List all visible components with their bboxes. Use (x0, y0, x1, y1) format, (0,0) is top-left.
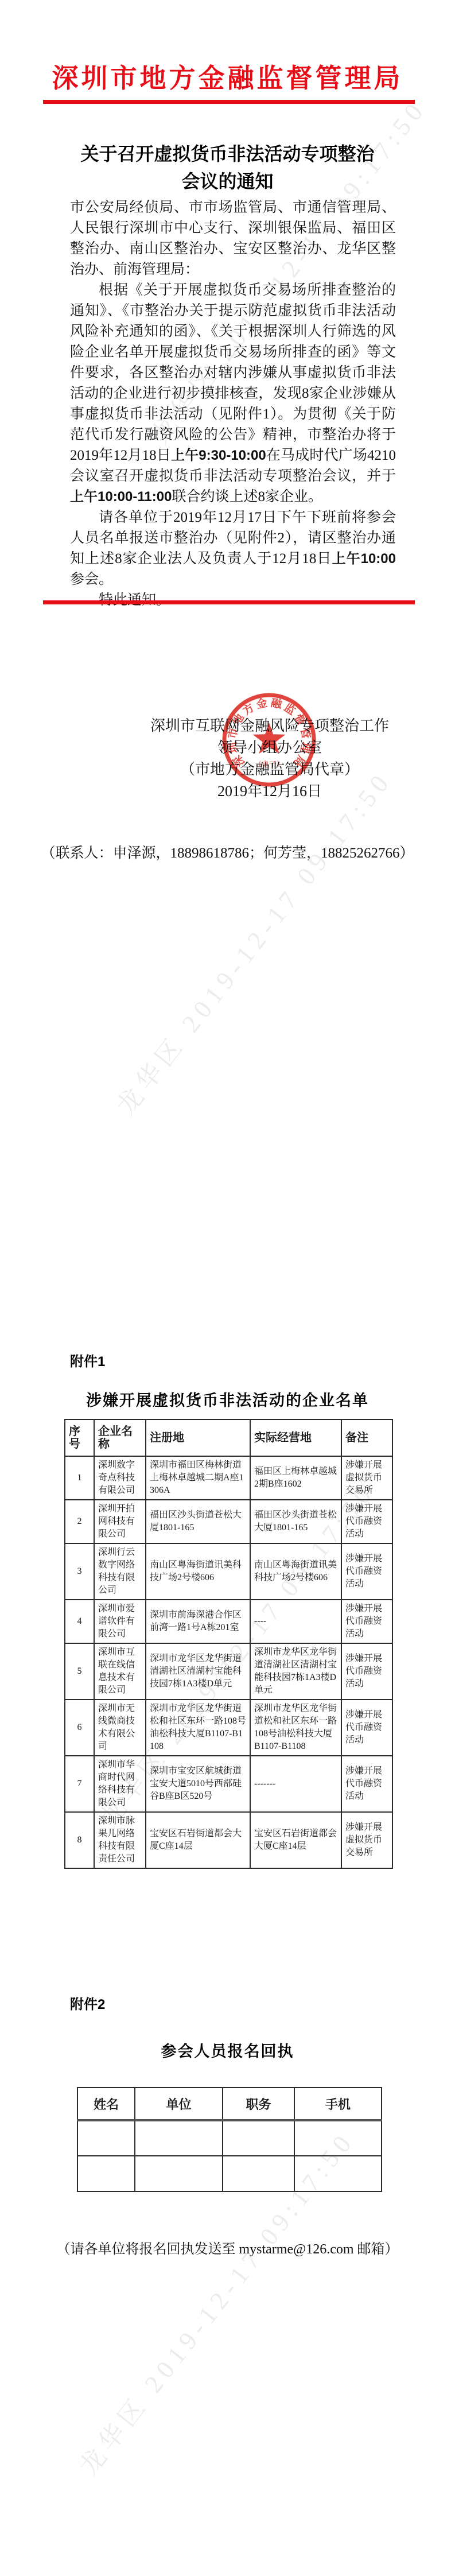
cell-index: 1 (65, 1456, 94, 1500)
empty-cell (77, 2156, 135, 2191)
table-row: 6 深圳市无线微商技术有限公司 深圳市龙华区龙华街道松和社区东环一路108号油松… (65, 1700, 392, 1756)
svg-text:金: 金 (255, 696, 269, 711)
cell-remark: 涉嫌开展代币融资活动 (341, 1500, 392, 1543)
cell-remark: 涉嫌开展虚拟货币交易所 (341, 1456, 392, 1500)
attachment2-label: 附件2 (70, 1993, 105, 2013)
cell-company: 深圳市爱谱软件有限公司 (94, 1600, 146, 1643)
document-title-line1: 关于召开虚拟货币非法活动专项整治 (0, 140, 455, 168)
cell-actual-address: 福田区沙头街道苍松大厦1801-165 (250, 1500, 341, 1543)
cell-index: 6 (65, 1700, 94, 1756)
col-header-remark: 备注 (341, 1419, 392, 1456)
recipients-line: 市公安局经侦局、市市场监管局、市通信管理局、人民银行深圳市中心支行、深圳银保监局… (70, 197, 396, 280)
cell-index: 4 (65, 1600, 94, 1643)
email-submission-note: （请各单位将报名回执发送至 mystarme@126.com 邮箱） (0, 2237, 455, 2257)
cell-actual-address: 南山区粤海街道讯美科技广场2号楼606 (250, 1543, 341, 1600)
col-header-index: 序号 (65, 1419, 94, 1456)
cell-registered-address: 深圳市福田区梅林街道上梅林卓越城二期A座1306A (146, 1456, 250, 1500)
signature-date: 2019年12月16日 (138, 781, 402, 802)
page-break-red-line (43, 600, 415, 604)
org-letterhead-title: 深圳市地方金融监督管理局 (0, 57, 455, 95)
cell-actual-address: 深圳市龙华区龙华街道松和社区东环一路108号油松科技大厦B1107-B1108 (250, 1700, 341, 1756)
cell-registered-address: 南山区粤海街道讯美科技广场2号楼606 (146, 1543, 250, 1600)
cell-actual-address: ------- (250, 1756, 341, 1812)
cell-remark: 涉嫌开展代币融资活动 (341, 1543, 392, 1600)
table-row: 5 深圳市互联在线信息技术有限公司 深圳市龙华区龙华街道清湖社区清湖村宝能科技园… (65, 1643, 392, 1700)
attachment2-table-title: 参会人员报名回执 (0, 2039, 455, 2061)
registration-reply-table: 姓名 单位 职务 手机 (77, 2087, 382, 2192)
empty-cell (135, 2120, 223, 2156)
table-row: 2 深圳开拍网科技有限公司 福田区沙头街道苍松大厦1801-165 福田区沙头街… (65, 1500, 392, 1543)
paragraph-1-text: 联合约谈上述8家企业。 (172, 489, 322, 505)
interview-time-bold: 上午10:00-11:00 (70, 489, 172, 505)
attend-time-bold: 上午10:00 (332, 551, 396, 567)
table-header-row: 序号 企业名称 注册地 实际经营地 备注 (65, 1419, 392, 1456)
cell-registered-address: 深圳市前海深港合作区前湾一路1号A栋201室 (146, 1600, 250, 1643)
paragraph-2-text: 参会。 (70, 572, 113, 587)
attachment1-table-title: 涉嫌开展虚拟货币非法活动的企业名单 (0, 1388, 455, 1410)
cell-index: 8 (65, 1812, 94, 1868)
table-row: 4 深圳市爱谱软件有限公司 深圳市前海深港合作区前湾一路1号A栋201室 ---… (65, 1600, 392, 1643)
suspected-companies-table: 序号 企业名称 注册地 实际经营地 备注 1 深圳数字奇点科技有限公司 深圳市福… (64, 1419, 393, 1869)
contact-persons-line: （联系人：申泽源，18898618786；何芳莹，18825262766） (0, 841, 455, 862)
cell-company: 深圳数字奇点科技有限公司 (94, 1456, 146, 1500)
col-header-position: 职务 (223, 2088, 294, 2120)
signature-org-line1: 深圳市互联网金融风险专项整治工作 (138, 715, 402, 737)
empty-entry-row (77, 2120, 382, 2156)
signature-block: 深圳市互联网金融风险专项整治工作 领导小组办公室 （市地方金融监管局代章） 20… (138, 715, 402, 802)
col-header-unit: 单位 (135, 2088, 223, 2120)
empty-cell (294, 2120, 382, 2156)
cell-actual-address: 福田区上梅林卓越城2期B座1602 (250, 1456, 341, 1500)
empty-cell (135, 2156, 223, 2191)
cell-index: 3 (65, 1543, 94, 1600)
svg-text:融: 融 (270, 696, 283, 711)
cell-registered-address: 福田区沙头街道苍松大厦1801-165 (146, 1500, 250, 1543)
cell-registered-address: 深圳市宝安区航城街道宝安大道5010号西部硅谷B座B区520号 (146, 1756, 250, 1812)
cell-company: 深圳市互联在线信息技术有限公司 (94, 1643, 146, 1700)
table-row: 7 深圳市华商时代网络科技有限公司 深圳市宝安区航城街道宝安大道5010号西部硅… (65, 1756, 392, 1812)
cell-index: 7 (65, 1756, 94, 1812)
document-title: 关于召开虚拟货币非法活动专项整治 会议的通知 (0, 140, 455, 195)
meeting-time-bold: 上午9:30-10:00 (171, 448, 266, 463)
paragraph-2: 请各单位于2019年12月17日下午下班前将参会人员名单报送市整治办（见附件2）… (70, 507, 396, 590)
cell-company: 深圳市脉果儿网络科技有限责任公司 (94, 1812, 146, 1868)
col-header-mobile: 手机 (294, 2088, 382, 2120)
attachment1-label: 附件1 (70, 1350, 105, 1370)
paragraph-1: 根据《关于开展虚拟货币交易场所排查整治的通知》、《市整治办关于提示防范虚拟货币非… (70, 280, 396, 507)
document-body: 市公安局经侦局、市市场监管局、市通信管理局、人民银行深圳市中心支行、深圳银保监局… (70, 197, 396, 611)
empty-cell (223, 2120, 294, 2156)
empty-cell (77, 2120, 135, 2156)
cell-registered-address: 深圳市龙华区龙华街道松和社区东环一路108号油松科技大厦B1107-B1108 (146, 1700, 250, 1756)
signature-seal-note: （市地方金融监管局代章） (138, 759, 402, 781)
empty-cell (294, 2156, 382, 2191)
diagonal-watermark: 龙华区 2019-12-17 09:17:50 (106, 761, 399, 1121)
document-title-line2: 会议的通知 (0, 168, 455, 195)
cell-remark: 涉嫌开展代币融资活动 (341, 1643, 392, 1700)
col-header-actual-address: 实际经营地 (250, 1419, 341, 1456)
cell-index: 5 (65, 1643, 94, 1700)
cell-actual-address: 宝安区石岩街道都会大厦C座14层 (250, 1812, 341, 1868)
col-header-registered-address: 注册地 (146, 1419, 250, 1456)
cell-index: 2 (65, 1500, 94, 1543)
cell-remark: 涉嫌开展代币融资活动 (341, 1756, 392, 1812)
col-header-name: 姓名 (77, 2088, 135, 2120)
col-header-company: 企业名称 (94, 1419, 146, 1456)
table-row: 3 深圳行云数字网络科技有限公司 南山区粤海街道讯美科技广场2号楼606 南山区… (65, 1543, 392, 1600)
empty-cell (223, 2156, 294, 2191)
cell-registered-address: 深圳市龙华区龙华街道清湖社区清湖村宝能科技园7栋1A3楼D单元 (146, 1643, 250, 1700)
cell-remark: 涉嫌开展虚拟货币交易所 (341, 1812, 392, 1868)
cell-company: 深圳行云数字网络科技有限公司 (94, 1543, 146, 1600)
cell-remark: 涉嫌开展代币融资活动 (341, 1700, 392, 1756)
cell-company: 深圳市华商时代网络科技有限公司 (94, 1756, 146, 1812)
letterhead-divider-line (43, 100, 415, 104)
document-page: 龙华区 2019-12-17 09:17:50 龙华区 2019-12-17 0… (0, 0, 455, 2576)
cell-actual-address: 深圳市龙华区龙华街道清湖社区清湖村宝能科技园7栋1A3楼D单元 (250, 1643, 341, 1700)
table-header-row: 姓名 单位 职务 手机 (77, 2088, 382, 2120)
paragraph-1-text: 根据《关于开展虚拟货币交易场所排查整治的通知》、《市整治办关于提示防范虚拟货币非… (70, 282, 396, 463)
cell-remark: 涉嫌开展代币融资活动 (341, 1600, 392, 1643)
table-row: 8 深圳市脉果儿网络科技有限责任公司 宝安区石岩街道都会大厦C座14层 宝安区石… (65, 1812, 392, 1868)
empty-entry-row (77, 2156, 382, 2191)
signature-org-line2: 领导小组办公室 (138, 737, 402, 759)
cell-actual-address: ---- (250, 1600, 341, 1643)
cell-company: 深圳市无线微商技术有限公司 (94, 1700, 146, 1756)
table-row: 1 深圳数字奇点科技有限公司 深圳市福田区梅林街道上梅林卓越城二期A座1306A… (65, 1456, 392, 1500)
cell-company: 深圳开拍网科技有限公司 (94, 1500, 146, 1543)
cell-registered-address: 宝安区石岩街道都会大厦C座14层 (146, 1812, 250, 1868)
